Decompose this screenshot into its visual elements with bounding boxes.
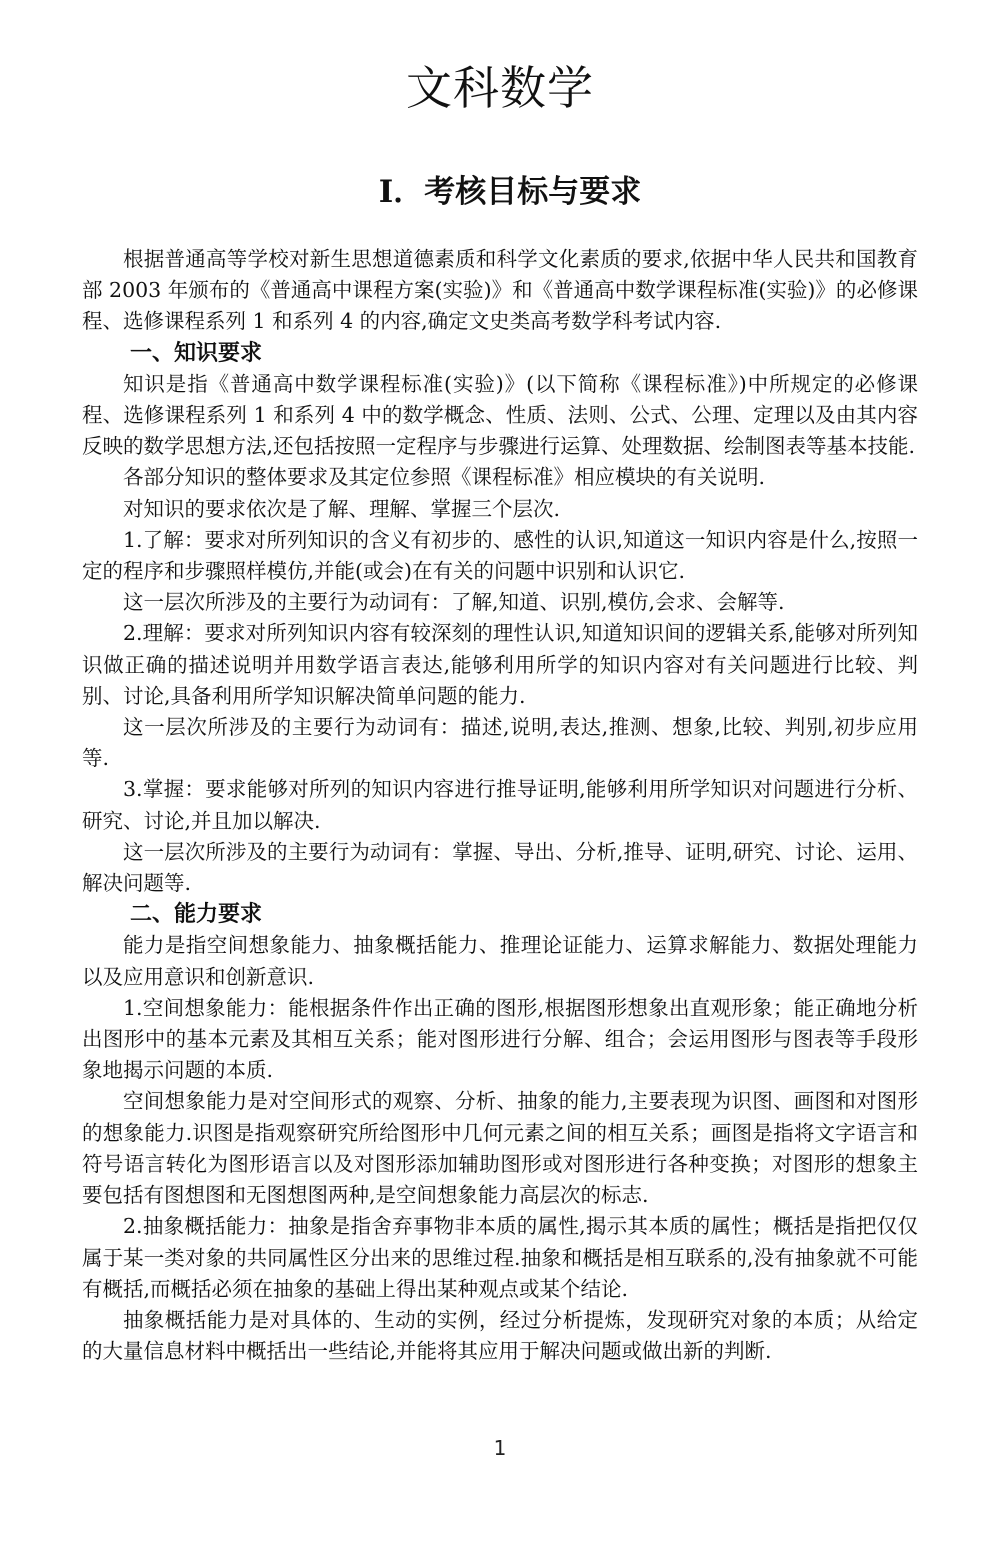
- paragraph: 这一层次所涉及的主要行为动词有：了解,知道、识别,模仿,会求、会解等.: [82, 587, 918, 618]
- paragraph: 各部分知识的整体要求及其定位参照《课程标准》相应模块的有关说明.: [82, 462, 918, 493]
- paragraph: 这一层次所涉及的主要行为动词有：描述,说明,表达,推测、想象,比较、判别,初步应…: [82, 712, 918, 774]
- intro-paragraph: 根据普通高等学校对新生思想道德素质和科学文化素质的要求,依据中华人民共和国教育部…: [82, 244, 918, 338]
- paragraph: 3.掌握：要求能够对所列的知识内容进行推导证明,能够利用所学知识对问题进行分析、…: [82, 774, 918, 836]
- heading-ability-requirements: 二、能力要求: [82, 899, 918, 930]
- paragraph: 1.了解：要求对所列知识的含义有初步的、感性的认识,知道这一知识内容是什么,按照…: [82, 525, 918, 587]
- paragraph: 抽象概括能力是对具体的、生动的实例，经过分析提炼，发现研究对象的本质；从给定的大…: [82, 1305, 918, 1367]
- heading-knowledge-requirements: 一、知识要求: [82, 338, 918, 369]
- paragraph: 对知识的要求依次是了解、理解、掌握三个层次.: [82, 494, 918, 525]
- page-number: 1: [0, 1436, 1000, 1460]
- paragraph: 2.抽象概括能力：抽象是指舍弃事物非本质的属性,揭示其本质的属性；概括是指把仅仅…: [82, 1211, 918, 1305]
- document-title: 文科数学: [0, 58, 1000, 118]
- document-body: 根据普通高等学校对新生思想道德素质和科学文化素质的要求,依据中华人民共和国教育部…: [82, 244, 918, 1367]
- paragraph: 空间想象能力是对空间形式的观察、分析、抽象的能力,主要表现为识图、画图和对图形的…: [82, 1086, 918, 1211]
- paragraph: 2.理解：要求对所列知识内容有较深刻的理性认识,知道知识间的逻辑关系,能够对所列…: [82, 618, 918, 712]
- paragraph: 这一层次所涉及的主要行为动词有：掌握、导出、分析,推导、证明,研究、讨论、运用、…: [82, 837, 918, 899]
- section-title: Ⅰ．考核目标与要求: [0, 170, 1000, 214]
- paragraph: 能力是指空间想象能力、抽象概括能力、推理论证能力、运算求解能力、数据处理能力以及…: [82, 930, 918, 992]
- paragraph: 知识是指《普通高中数学课程标准(实验)》(以下简称《课程标准》)中所规定的必修课…: [82, 369, 918, 463]
- document-page: 文科数学 Ⅰ．考核目标与要求 根据普通高等学校对新生思想道德素质和科学文化素质的…: [0, 0, 1000, 1544]
- paragraph: 1.空间想象能力：能根据条件作出正确的图形,根据图形想象出直观形象；能正确地分析…: [82, 993, 918, 1087]
